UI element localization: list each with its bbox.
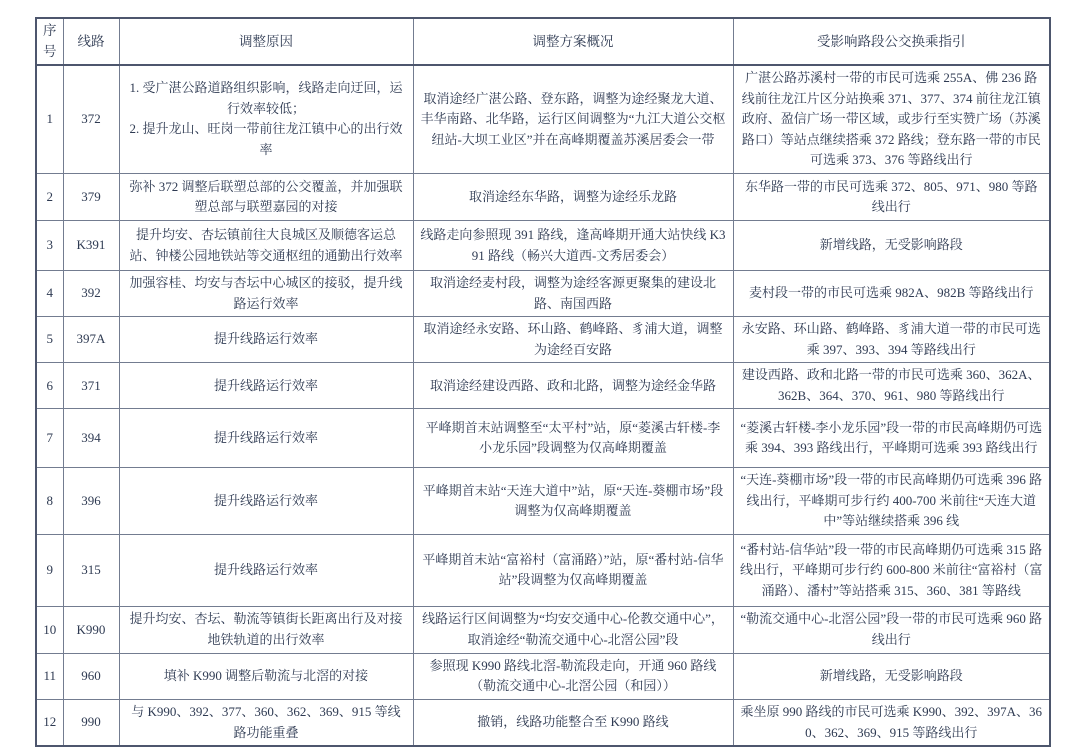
table-row: 5397A提升线路运行效率取消途经永安路、环山路、鹤峰路、豸浦大道，调整为途经百… bbox=[36, 317, 1050, 363]
col-header-reason: 调整原因 bbox=[119, 18, 413, 65]
col-header-plan: 调整方案概况 bbox=[413, 18, 733, 65]
plan-cell: 线路运行区间调整为“均安交通中心-伦教交通中心”，取消途经“勒流交通中心-北滘公… bbox=[413, 606, 733, 653]
route-cell: 372 bbox=[63, 65, 119, 174]
reason-cell: 提升均安、杏坛、勒流等镇街长距离出行及对接地铁轨道的出行效率 bbox=[119, 606, 413, 653]
plan-cell: 平峰期首末站“富裕村（富涌路）”站，原“番村站-信华站”段调整为仅高峰期覆盖 bbox=[413, 534, 733, 606]
header-row: 序号 线路 调整原因 调整方案概况 受影响路段公交换乘指引 bbox=[36, 18, 1050, 65]
table-row: 10K990提升均安、杏坛、勒流等镇街长距离出行及对接地铁轨道的出行效率线路运行… bbox=[36, 606, 1050, 653]
plan-cell: 取消途经永安路、环山路、鹤峰路、豸浦大道，调整为途经百安路 bbox=[413, 317, 733, 363]
seq-cell: 12 bbox=[36, 700, 63, 728]
table-row: 6371提升线路运行效率取消途经建设西路、政和北路，调整为途经金华路建设西路、政… bbox=[36, 363, 1050, 409]
guide-cell: 乘坐原 990 路线的市民可选乘 K990、392、397A、360、362、3… bbox=[733, 700, 1050, 728]
table-row: 12990与 K990、392、377、360、362、369、915 等线路功… bbox=[36, 700, 1050, 728]
route-cell: K391 bbox=[63, 221, 119, 271]
table-row: 4392加强容桂、均安与杏坛中心城区的接驳，提升线路运行效率取消途经麦村段，调整… bbox=[36, 271, 1050, 317]
seq-cell: 3 bbox=[36, 221, 63, 271]
reason-cell: 1. 受广湛公路道路组织影响，线路走向迂回，运行效率较低； 2. 提升龙山、旺岗… bbox=[119, 65, 413, 174]
table-header: 序号 线路 调整原因 调整方案概况 受影响路段公交换乘指引 bbox=[36, 18, 1050, 65]
col-header-route: 线路 bbox=[63, 18, 119, 65]
table-row: 7394提升线路运行效率平峰期首末站调整至“太平村”站，原“菱溪古轩楼-李小龙乐… bbox=[36, 409, 1050, 468]
plan-cell: 取消途经建设西路、政和北路，调整为途经金华路 bbox=[413, 363, 733, 409]
route-cell: K990 bbox=[63, 606, 119, 653]
seq-cell: 2 bbox=[36, 174, 63, 221]
guide-cell: 麦村段一带的市民可选乘 982A、982B 等路线出行 bbox=[733, 271, 1050, 317]
plan-cell: 参照现 K990 路线北滘-勒流段走向，开通 960 路线（勒流交通中心-北滘公… bbox=[413, 653, 733, 699]
seq-cell: 6 bbox=[36, 363, 63, 409]
guide-cell: “菱溪古轩楼-李小龙乐园”段一带的市民高峰期仍可选乘 394、393 路线出行，… bbox=[733, 409, 1050, 468]
guide-cell: “番村站-信华站”段一带的市民高峰期仍可选乘 315 路线出行，平峰期可步行约 … bbox=[733, 534, 1050, 606]
table-row: 8396提升线路运行效率平峰期首末站“天连大道中”站，原“天连-葵棚市场”段调整… bbox=[36, 468, 1050, 535]
reason-cell: 与 K990、392、377、360、362、369、915 等线路功能重叠 bbox=[119, 700, 413, 728]
table-body: 13721. 受广湛公路道路组织影响，线路走向迂回，运行效率较低； 2. 提升龙… bbox=[36, 65, 1050, 727]
route-cell: 315 bbox=[63, 534, 119, 606]
table-row: 9315提升线路运行效率平峰期首末站“富裕村（富涌路）”站，原“番村站-信华站”… bbox=[36, 534, 1050, 606]
route-cell: 392 bbox=[63, 271, 119, 317]
route-cell: 990 bbox=[63, 700, 119, 728]
reason-cell: 提升线路运行效率 bbox=[119, 363, 413, 409]
seq-cell: 10 bbox=[36, 606, 63, 653]
plan-cell: 撤销，线路功能整合至 K990 路线 bbox=[413, 700, 733, 728]
plan-cell: 取消途经广湛公路、登东路，调整为途经聚龙大道、丰华南路、北华路，运行区间调整为“… bbox=[413, 65, 733, 174]
seq-cell: 8 bbox=[36, 468, 63, 535]
seq-cell: 11 bbox=[36, 653, 63, 699]
reason-cell: 加强容桂、均安与杏坛中心城区的接驳，提升线路运行效率 bbox=[119, 271, 413, 317]
seq-cell: 9 bbox=[36, 534, 63, 606]
plan-cell: 取消途经麦村段，调整为途经客源更聚集的建设北路、南国西路 bbox=[413, 271, 733, 317]
reason-cell: 提升线路运行效率 bbox=[119, 317, 413, 363]
plan-cell: 取消途经东华路，调整为途经乐龙路 bbox=[413, 174, 733, 221]
plan-cell: 平峰期首末站“天连大道中”站，原“天连-葵棚市场”段调整为仅高峰期覆盖 bbox=[413, 468, 733, 535]
guide-cell: 永安路、环山路、鹤峰路、豸浦大道一带的市民可选乘 397、393、394 等路线… bbox=[733, 317, 1050, 363]
plan-cell: 平峰期首末站调整至“太平村”站，原“菱溪古轩楼-李小龙乐园”段调整为仅高峰期覆盖 bbox=[413, 409, 733, 468]
table-row: 3K391提升均安、杏坛镇前往大良城区及顺德客运总站、钟楼公园地铁站等交通枢纽的… bbox=[36, 221, 1050, 271]
reason-cell: 弥补 372 调整后联塑总部的公交覆盖，并加强联塑总部与联塑嘉园的对接 bbox=[119, 174, 413, 221]
guide-cell: 建设西路、政和北路一带的市民可选乘 360、362A、362B、364、370、… bbox=[733, 363, 1050, 409]
route-cell: 394 bbox=[63, 409, 119, 468]
table-row: 11960填补 K990 调整后勒流与北滘的对接参照现 K990 路线北滘-勒流… bbox=[36, 653, 1050, 699]
table-row: 13721. 受广湛公路道路组织影响，线路走向迂回，运行效率较低； 2. 提升龙… bbox=[36, 65, 1050, 174]
table-row: 2379弥补 372 调整后联塑总部的公交覆盖，并加强联塑总部与联塑嘉园的对接取… bbox=[36, 174, 1050, 221]
route-cell: 396 bbox=[63, 468, 119, 535]
route-cell: 371 bbox=[63, 363, 119, 409]
col-header-seq: 序号 bbox=[36, 18, 63, 65]
seq-cell: 5 bbox=[36, 317, 63, 363]
col-header-guide: 受影响路段公交换乘指引 bbox=[733, 18, 1050, 65]
route-cell: 397A bbox=[63, 317, 119, 363]
seq-cell: 4 bbox=[36, 271, 63, 317]
reason-cell: 提升线路运行效率 bbox=[119, 534, 413, 606]
bus-route-adjustment-table: 序号 线路 调整原因 调整方案概况 受影响路段公交换乘指引 13721. 受广湛… bbox=[35, 17, 1051, 727]
guide-cell: 广湛公路苏溪村一带的市民可选乘 255A、佛 236 路线前往龙江片区分站换乘 … bbox=[733, 65, 1050, 174]
route-cell: 379 bbox=[63, 174, 119, 221]
route-cell: 960 bbox=[63, 653, 119, 699]
plan-cell: 线路走向参照现 391 路线，逢高峰期开通大站快线 K391 路线（畅兴大道西-… bbox=[413, 221, 733, 271]
reason-cell: 提升均安、杏坛镇前往大良城区及顺德客运总站、钟楼公园地铁站等交通枢纽的通勤出行效… bbox=[119, 221, 413, 271]
reason-cell: 提升线路运行效率 bbox=[119, 409, 413, 468]
reason-cell: 填补 K990 调整后勒流与北滘的对接 bbox=[119, 653, 413, 699]
seq-cell: 7 bbox=[36, 409, 63, 468]
seq-cell: 1 bbox=[36, 65, 63, 174]
guide-cell: 新增线路，无受影响路段 bbox=[733, 221, 1050, 271]
guide-cell: 东华路一带的市民可选乘 372、805、971、980 等路线出行 bbox=[733, 174, 1050, 221]
document-page: 序号 线路 调整原因 调整方案概况 受影响路段公交换乘指引 13721. 受广湛… bbox=[0, 0, 1080, 727]
reason-cell: 提升线路运行效率 bbox=[119, 468, 413, 535]
guide-cell: 新增线路，无受影响路段 bbox=[733, 653, 1050, 699]
guide-cell: “天连-葵棚市场”段一带的市民高峰期仍可选乘 396 路线出行，平峰期可步行约 … bbox=[733, 468, 1050, 535]
guide-cell: “勒流交通中心-北滘公园”段一带的市民可选乘 960 路线出行 bbox=[733, 606, 1050, 653]
